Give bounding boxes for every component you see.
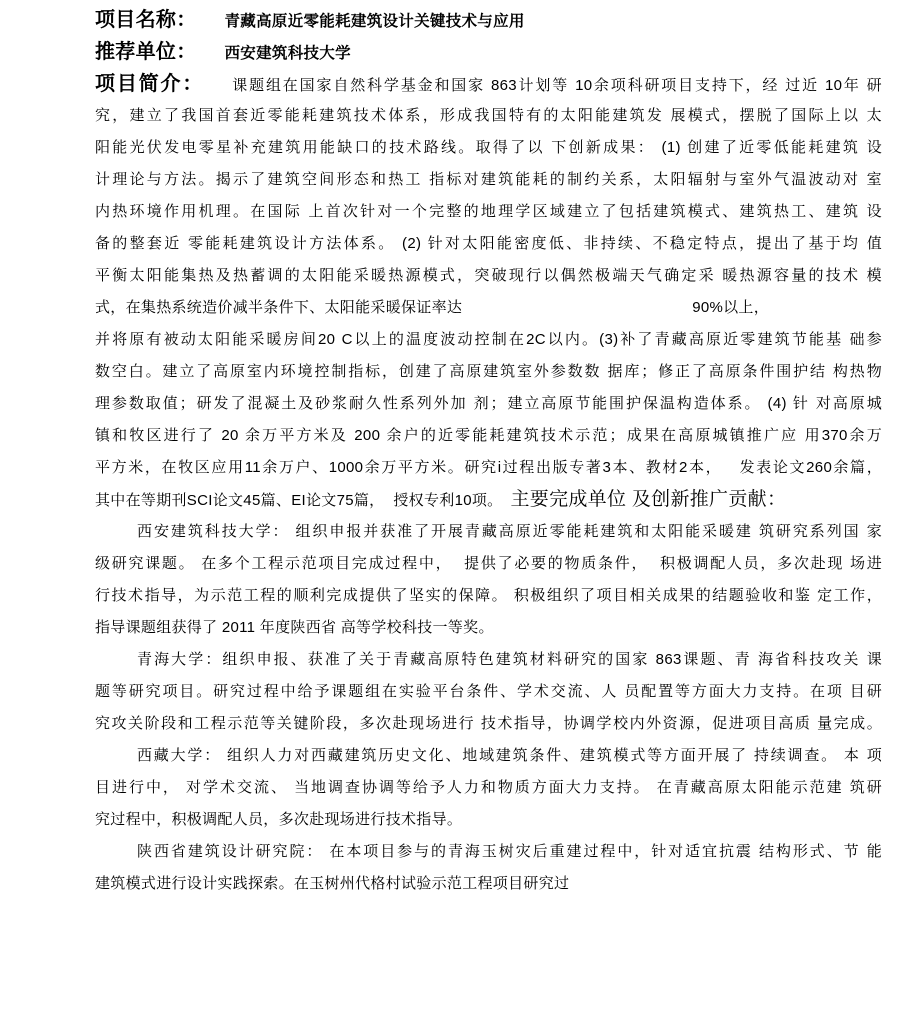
text-line: 西安建筑科技大学： 组织申报并获准了开展青藏高原近零能耗建筑和太阳能采暖建 筑研… xyxy=(95,516,882,548)
body-text: 青海大学：组织申报、获准了关于青藏高原特色建筑材料研究的国家 863课题、青 海… xyxy=(137,651,882,668)
text-line: 计理论与方法。揭示了建筑空间形态和热工 指标对建筑能耗的制约关系，太阳辐射与室外… xyxy=(95,164,882,196)
field-value: 青藏高原近零能耗建筑设计关键技术与应用 xyxy=(225,13,525,30)
text-line: 究攻关阶段和工程示范等关键阶段，多次赴现场进行 技术指导，协调学校内外资源，促进… xyxy=(95,708,882,740)
body-text: 式，在集热系统造价减半条件下、太阳能采暖保证率达 xyxy=(95,299,462,316)
body-text: 并将原有被动太阳能采暖房间20 C以上的温度波动控制在2C以内。(3)补了青藏高… xyxy=(95,331,882,348)
body-text: 平方米，在牧区应用11余万户、1000余万平方米。研究i过程出版专著3本、教材2… xyxy=(95,459,882,476)
body-text: 镇和牧区进行了 20 余万平方米及 200 余户的近零能耗建筑技术示范；成果在高… xyxy=(95,427,882,444)
text-line: 理参数取值；研发了混凝土及砂浆耐久性系列外加 剂；建立高原节能围护保温构造体系。… xyxy=(95,388,882,420)
text-line: 行技术指导，为示范工程的顺利完成提供了坚实的保障。 积极组织了项目相关成果的结题… xyxy=(95,580,882,612)
body-text: 行技术指导，为示范工程的顺利完成提供了坚实的保障。 积极组织了项目相关成果的结题… xyxy=(95,587,882,604)
text-line: 其中在等期刊SCI论文45篇、EI论文75篇， 授权专利10项。主要完成单位 及… xyxy=(95,484,882,516)
body-text: 理参数取值；研发了混凝土及砂浆耐久性系列外加 剂；建立高原节能围护保温构造体系。… xyxy=(95,395,882,412)
body-text: 备的整套近 零能耗建筑设计方法体系。 (2) 针对太阳能密度低、非持续、不稳定特… xyxy=(95,235,882,252)
body-text: 陕西省建筑设计研究院： 在本项目参与的青海玉树灾后重建过程中，针对适宜抗震 结构… xyxy=(137,843,882,860)
body-text: 数空白。建立了高原室内环境控制指标，创建了高原建筑室外参数数 据库；修正了高原条… xyxy=(95,363,882,380)
text-line: 备的整套近 零能耗建筑设计方法体系。 (2) 针对太阳能密度低、非持续、不稳定特… xyxy=(95,228,882,260)
body-text: 究攻关阶段和工程示范等关键阶段，多次赴现场进行 技术指导，协调学校内外资源，促进… xyxy=(95,715,882,732)
text-line: 题等研究项目。研究过程中给予课题组在实验平台条件、学术交流、人 员配置等方面大力… xyxy=(95,676,882,708)
body-text: 计理论与方法。揭示了建筑空间形态和热工 指标对建筑能耗的制约关系，太阳辐射与室外… xyxy=(95,171,882,188)
body-text: 阳能光伏发电零星补充建筑用能缺口的技术路线。取得了以 下创新成果： (1) 创建… xyxy=(95,139,882,156)
field-label: 项目名称： xyxy=(95,9,197,31)
text-line: 究过程中，积极调配人员，多次赴现场进行技术指导。 xyxy=(95,804,882,836)
body-text: 建筑模式进行设计实践探索。在玉树州代格村试验示范工程项目研究过 xyxy=(95,875,569,892)
text-line: 西藏大学： 组织人力对西藏建筑历史文化、地域建筑条件、建筑模式等方面开展了 持续… xyxy=(95,740,882,772)
text-line: 平衡太阳能集热及热蓄调的太阳能采暖热源模式，突破现行以偶然极端天气确定采 暖热源… xyxy=(95,260,882,292)
body-text: 级研究课题。 在多个工程示范项目完成过程中， 提供了必要的物质条件， 积极调配人… xyxy=(95,555,882,572)
field-label: 项目简介： xyxy=(95,73,204,95)
text-line: 式，在集热系统造价减半条件下、太阳能采暖保证率达90%以上， xyxy=(95,292,882,324)
text-line: 青海大学：组织申报、获准了关于青藏高原特色建筑材料研究的国家 863课题、青 海… xyxy=(95,644,882,676)
text-line: 项目简介：课题组在国家自然科学基金和国家 863计划等 10余项科研项目支持下，… xyxy=(95,68,882,100)
text-line: 平方米，在牧区应用11余万户、1000余万平方米。研究i过程出版专著3本、教材2… xyxy=(95,452,882,484)
body-text: 究过程中，积极调配人员，多次赴现场进行技术指导。 xyxy=(95,811,462,828)
document-page: 项目名称：青藏高原近零能耗建筑设计关键技术与应用推荐单位：西安建筑科技大学项目简… xyxy=(0,0,920,1017)
text-line: 并将原有被动太阳能采暖房间20 C以上的温度波动控制在2C以内。(3)补了青藏高… xyxy=(95,324,882,356)
text-line: 镇和牧区进行了 20 余万平方米及 200 余户的近零能耗建筑技术示范；成果在高… xyxy=(95,420,882,452)
field-label: 推荐单位： xyxy=(95,41,197,63)
body-text: 题等研究项目。研究过程中给予课题组在实验平台条件、学术交流、人 员配置等方面大力… xyxy=(95,683,882,700)
text-line: 指导课题组获得了 2011 年度陕西省 高等学校科技一等奖。 xyxy=(95,612,882,644)
body-text: 究，建立了我国首套近零能耗建筑技术体系，形成我国特有的太阳能建筑发 展模式，摆脱… xyxy=(95,107,882,124)
body-text: 内热环境作用机理。在国际 上首次针对一个完整的地理学区域建立了包括建筑模式、建筑… xyxy=(95,203,882,220)
text-line: 究，建立了我国首套近零能耗建筑技术体系，形成我国特有的太阳能建筑发 展模式，摆脱… xyxy=(95,100,882,132)
document-body: 项目名称：青藏高原近零能耗建筑设计关键技术与应用推荐单位：西安建筑科技大学项目简… xyxy=(95,4,882,900)
body-text: 西安建筑科技大学： 组织申报并获准了开展青藏高原近零能耗建筑和太阳能采暖建 筑研… xyxy=(137,523,882,540)
text-line: 目进行中， 对学术交流、 当地调查协调等给予人力和物质方面大力支持。 在青藏高原… xyxy=(95,772,882,804)
text-line: 陕西省建筑设计研究院： 在本项目参与的青海玉树灾后重建过程中，针对适宜抗震 结构… xyxy=(95,836,882,868)
body-text: 90%以上， xyxy=(692,299,769,316)
body-text: 指导课题组获得了 2011 年度陕西省 高等学校科技一等奖。 xyxy=(95,619,494,636)
text-line: 阳能光伏发电零星补充建筑用能缺口的技术路线。取得了以 下创新成果： (1) 创建… xyxy=(95,132,882,164)
section-heading: 主要完成单位 及创新推广贡献： xyxy=(510,489,786,510)
text-line: 内热环境作用机理。在国际 上首次针对一个完整的地理学区域建立了包括建筑模式、建筑… xyxy=(95,196,882,228)
text-line: 推荐单位：西安建筑科技大学 xyxy=(95,36,882,68)
text-line: 级研究课题。 在多个工程示范项目完成过程中， 提供了必要的物质条件， 积极调配人… xyxy=(95,548,882,580)
body-text: 目进行中， 对学术交流、 当地调查协调等给予人力和物质方面大力支持。 在青藏高原… xyxy=(95,779,882,796)
body-text: 其中在等期刊SCI论文45篇、EI论文75篇， 授权专利10项。 xyxy=(95,492,502,509)
body-text: 课题组在国家自然科学基金和国家 863计划等 10余项科研项目支持下，经 过近 … xyxy=(232,77,882,94)
text-line: 数空白。建立了高原室内环境控制指标，创建了高原建筑室外参数数 据库；修正了高原条… xyxy=(95,356,882,388)
field-value: 西安建筑科技大学 xyxy=(225,45,351,62)
text-line: 建筑模式进行设计实践探索。在玉树州代格村试验示范工程项目研究过 xyxy=(95,868,882,900)
body-text: 平衡太阳能集热及热蓄调的太阳能采暖热源模式，突破现行以偶然极端天气确定采 暖热源… xyxy=(95,267,882,284)
body-text: 西藏大学： 组织人力对西藏建筑历史文化、地域建筑条件、建筑模式等方面开展了 持续… xyxy=(137,747,882,764)
text-line: 项目名称：青藏高原近零能耗建筑设计关键技术与应用 xyxy=(95,4,882,36)
